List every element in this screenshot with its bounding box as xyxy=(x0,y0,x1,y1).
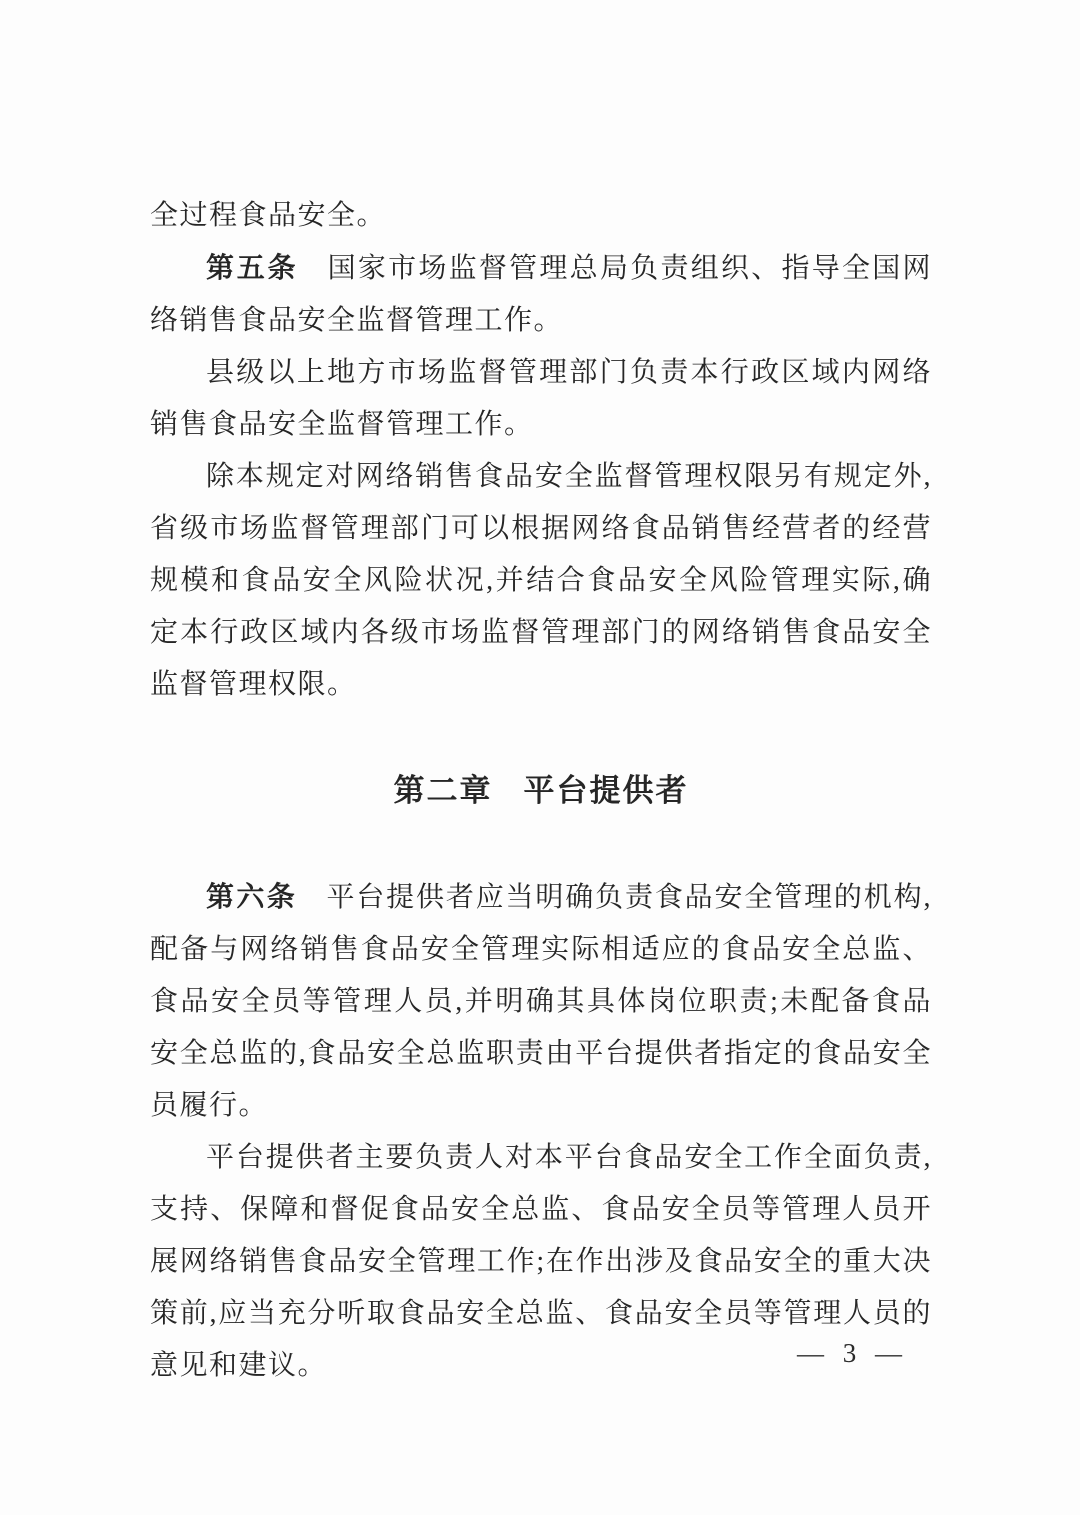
paragraph: 县级以上地方市场监督管理部门负责本行政区域内网络销售食品安全监督管理工作。 xyxy=(150,347,932,451)
paragraph-continuation: 全过程食品安全。 xyxy=(150,190,932,242)
page-number: — 3 — xyxy=(797,1338,908,1369)
chapter-number: 第二章 xyxy=(394,773,493,808)
paragraph: 第六条平台提供者应当明确负责食品安全管理的机构,配备与网络销售食品安全管理实际相… xyxy=(150,871,932,1132)
chapter-title: 平台提供者 xyxy=(524,773,689,808)
section-chapter2-articles: 第六条平台提供者应当明确负责食品安全管理的机构,配备与网络销售食品安全管理实际相… xyxy=(150,871,932,1392)
document-page: 全过程食品安全。 第五条国家市场监督管理总局负责组织、指导全国网络销售食品安全监… xyxy=(0,0,1080,1515)
article-number: 第六条 xyxy=(206,881,297,912)
article-number: 第五条 xyxy=(206,252,298,283)
chapter-heading: 第二章平台提供者 xyxy=(150,765,932,817)
document-body: 全过程食品安全。 第五条国家市场监督管理总局负责组织、指导全国网络销售食品安全监… xyxy=(150,190,932,1392)
section-chapter1-articles: 第五条国家市场监督管理总局负责组织、指导全国网络销售食品安全监督管理工作。县级以… xyxy=(150,242,932,711)
paragraph: 第五条国家市场监督管理总局负责组织、指导全国网络销售食品安全监督管理工作。 xyxy=(150,242,932,347)
paragraph: 除本规定对网络销售食品安全监督管理权限另有规定外,省级市场监督管理部门可以根据网… xyxy=(150,451,932,711)
